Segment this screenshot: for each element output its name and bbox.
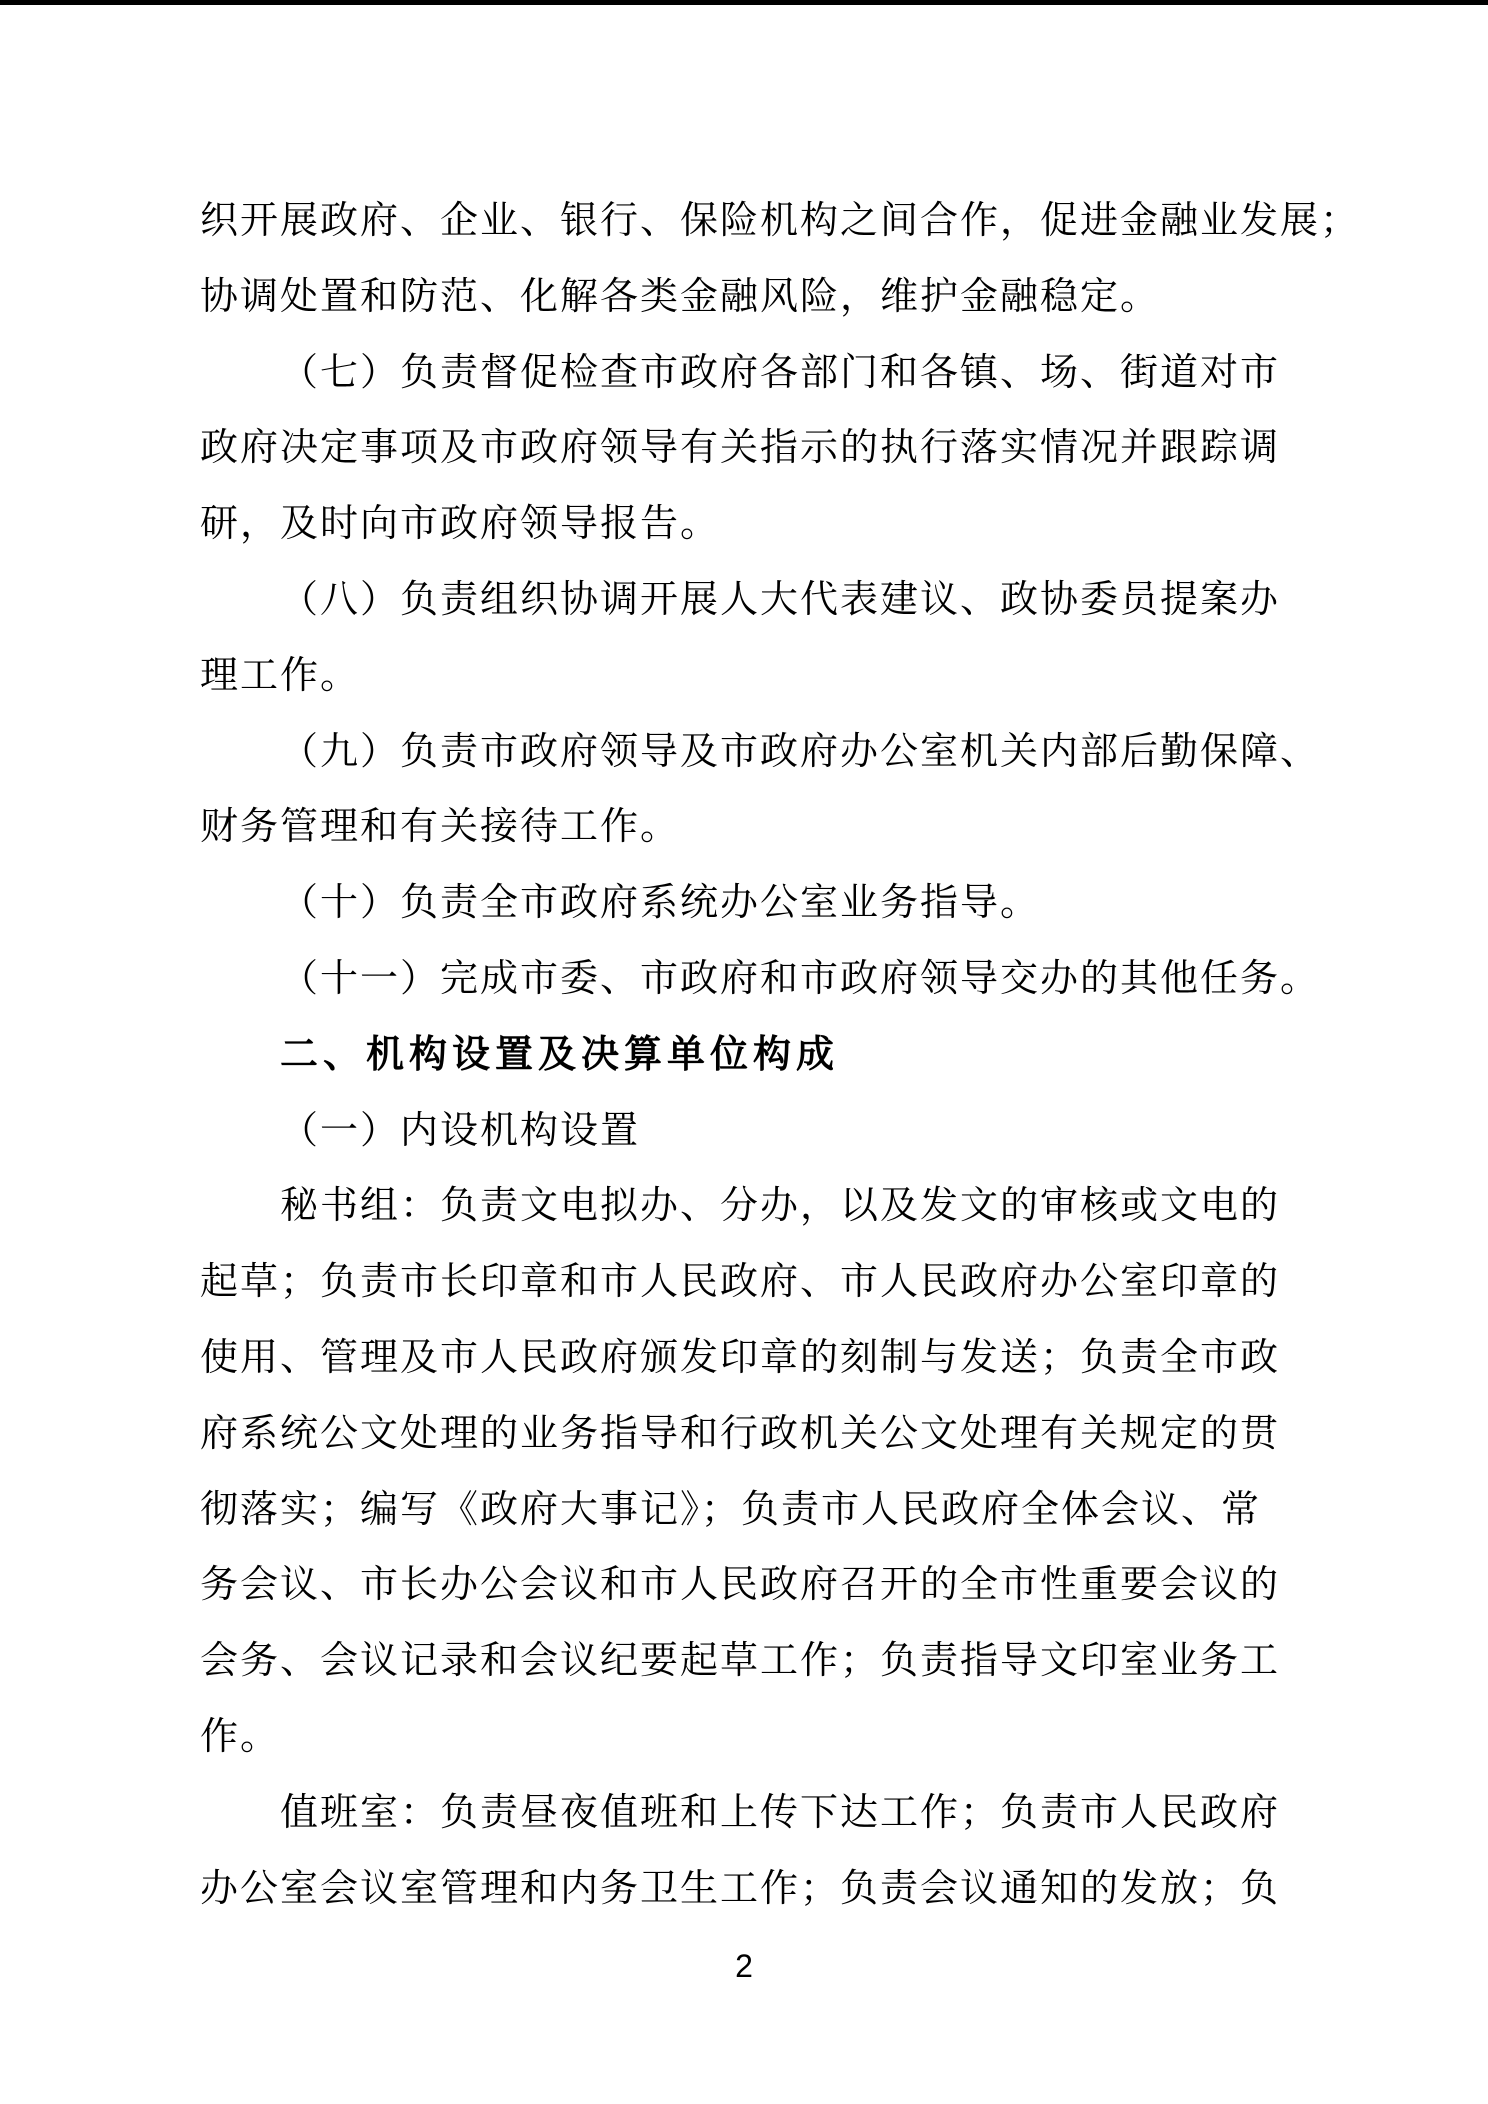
text-line: 理工作。 bbox=[200, 639, 1290, 715]
text-line: 务会议、市长办公会议和市人民政府召开的全市性重要会议的 bbox=[200, 1548, 1290, 1624]
text-line: （七）负责督促检查市政府各部门和各镇、场、街道对市 bbox=[200, 336, 1290, 412]
text-line: 研，及时向市政府领导报告。 bbox=[200, 487, 1290, 563]
text-line: 值班室：负责昼夜值班和上传下达工作；负责市人民政府 bbox=[200, 1776, 1290, 1852]
text-line: 秘书组：负责文电拟办、分办，以及发文的审核或文电的 bbox=[200, 1169, 1290, 1245]
text-line: （十）负责全市政府系统办公室业务指导。 bbox=[200, 866, 1290, 942]
section-heading: 二、机构设置及决算单位构成 bbox=[200, 1018, 1290, 1094]
text-line: （十一）完成市委、市政府和市政府领导交办的其他任务。 bbox=[200, 942, 1290, 1018]
text-line: 织开展政府、企业、银行、保险机构之间合作，促进金融业发展； bbox=[200, 184, 1290, 260]
text-line: 府系统公文处理的业务指导和行政机关公文处理有关规定的贯 bbox=[200, 1397, 1290, 1473]
text-line: 使用、管理及市人民政府颁发印章的刻制与发送；负责全市政 bbox=[200, 1321, 1290, 1397]
document-page: 织开展政府、企业、银行、保险机构之间合作，促进金融业发展；协调处置和防范、化解各… bbox=[0, 0, 1488, 2104]
document-body: 织开展政府、企业、银行、保险机构之间合作，促进金融业发展；协调处置和防范、化解各… bbox=[200, 184, 1290, 1927]
text-line: 办公室会议室管理和内务卫生工作；负责会议通知的发放；负 bbox=[200, 1852, 1290, 1928]
text-line: （一）内设机构设置 bbox=[200, 1094, 1290, 1170]
text-line: 政府决定事项及市政府领导有关指示的执行落实情况并跟踪调 bbox=[200, 411, 1290, 487]
text-line: （八）负责组织协调开展人大代表建议、政协委员提案办 bbox=[200, 563, 1290, 639]
text-line: 会务、会议记录和会议纪要起草工作；负责指导文印室业务工 bbox=[200, 1624, 1290, 1700]
text-line: 起草；负责市长印章和市人民政府、市人民政府办公室印章的 bbox=[200, 1245, 1290, 1321]
text-line: （九）负责市政府领导及市政府办公室机关内部后勤保障、 bbox=[200, 715, 1290, 791]
top-edge-bar bbox=[0, 0, 1488, 5]
text-line: 作。 bbox=[200, 1700, 1290, 1776]
text-line: 彻落实；编写《政府大事记》；负责市人民政府全体会议、常 bbox=[200, 1473, 1290, 1549]
page-number: 2 bbox=[0, 1948, 1488, 1984]
text-line: 协调处置和防范、化解各类金融风险，维护金融稳定。 bbox=[200, 260, 1290, 336]
text-line: 财务管理和有关接待工作。 bbox=[200, 790, 1290, 866]
